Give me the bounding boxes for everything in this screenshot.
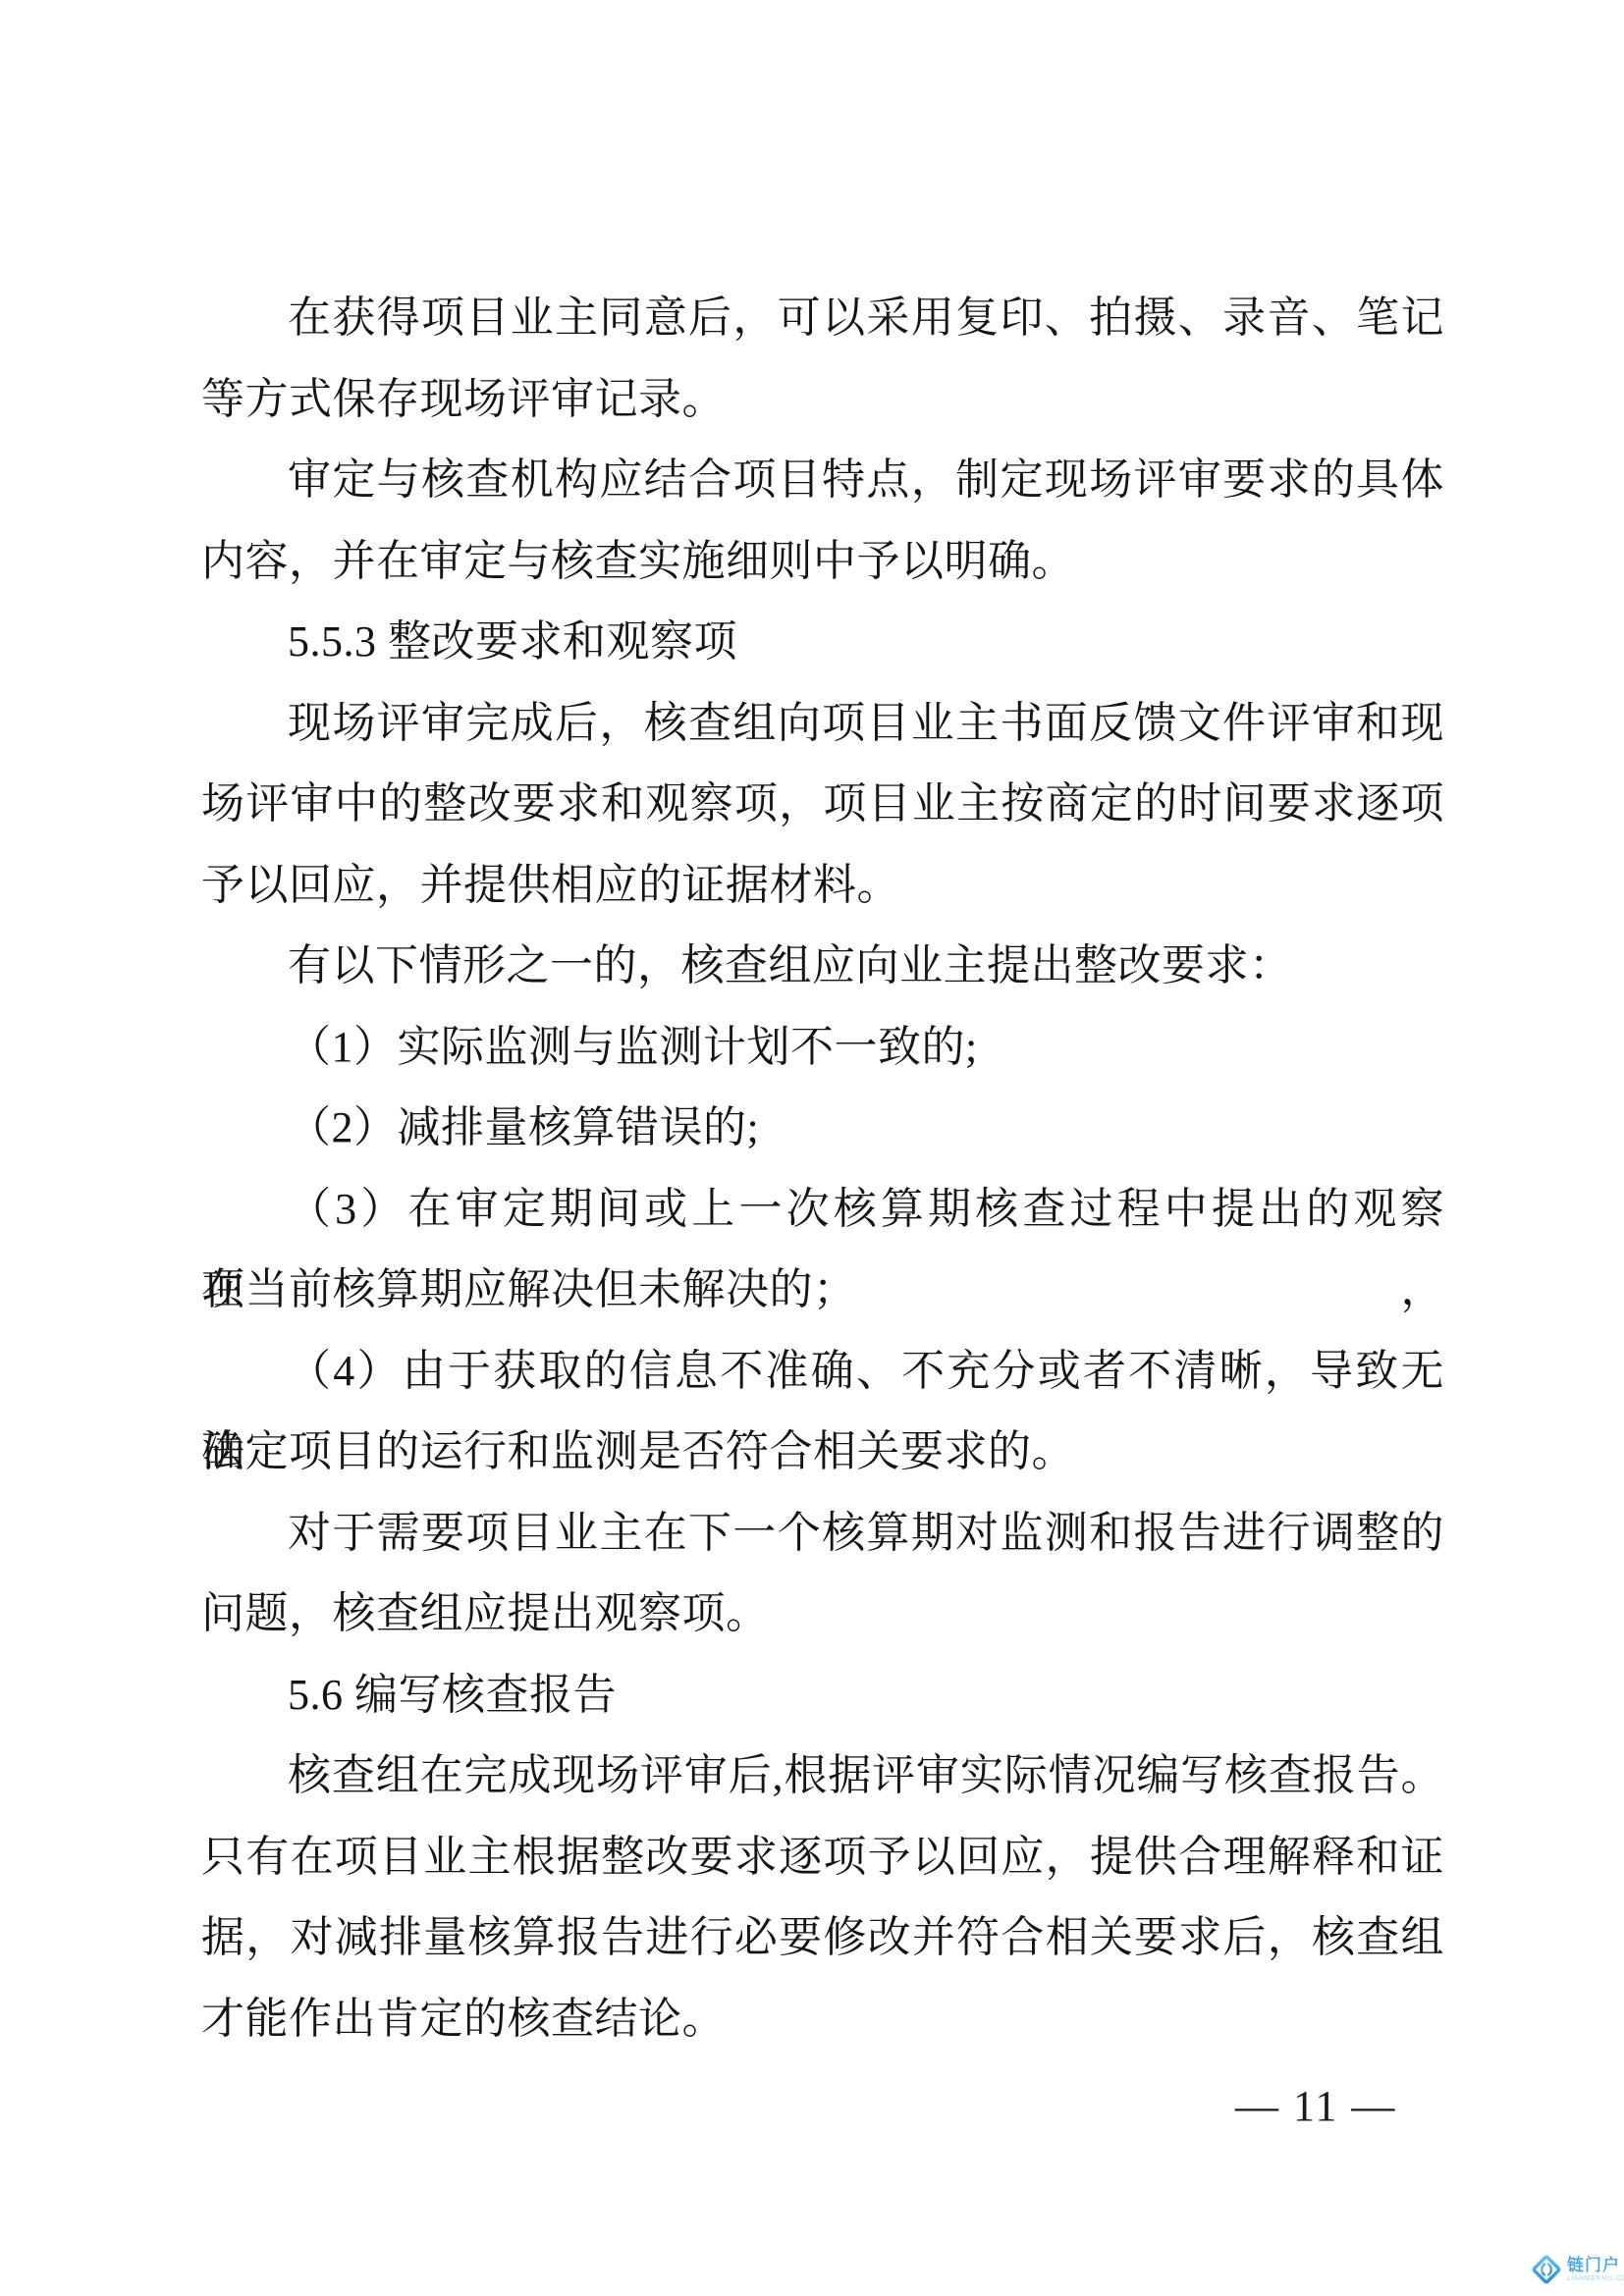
text-line: 现场评审完成后，核查组向项目业主书面反馈文件评审和现 [201, 683, 1444, 765]
text-line: 内容，并在审定与核查实施细则中予以明确。 [201, 521, 1444, 603]
watermark-brand-name: 链门户 [1567, 2257, 1624, 2273]
document-body: 在获得项目业主同意后，可以采用复印、拍摄、录音、笔记等方式保存现场评审记录。审定… [201, 278, 1444, 2059]
list-item-1: （1）实际监测与监测计划不一致的; [201, 1007, 1444, 1089]
watermark-domain: LIANMENHU.COM [1567, 2275, 1624, 2282]
list-item-3: （3）在审定期间或上一次核算期核查过程中提出的观察项， [201, 1169, 1444, 1251]
text-line: 有以下情形之一的，核查组应向业主提出整改要求： [201, 926, 1444, 1007]
text-line: 场评审中的整改要求和观察项，项目业主按商定的时间要求逐项 [201, 764, 1444, 845]
text-line: 等方式保存现场评审记录。 [201, 359, 1444, 441]
list-item-2: （2）减排量核算错误的; [201, 1088, 1444, 1169]
section-heading-5-6: 5.6 编写核查报告 [201, 1655, 1444, 1736]
document-page: 在获得项目业主同意后，可以采用复印、拍摄、录音、笔记等方式保存现场评审记录。审定… [0, 0, 1624, 2296]
text-line: 确定项目的运行和监测是否符合相关要求的。 [201, 1412, 1444, 1493]
text-line: 在获得项目业主同意后，可以采用复印、拍摄、录音、笔记 [201, 278, 1444, 359]
diamond-chain-icon [1530, 2252, 1563, 2287]
text-line: 只有在项目业主根据整改要求逐项予以回应，提供合理解释和证 [201, 1817, 1444, 1898]
text-line: 核查组在完成现场评审后,根据评审实际情况编写核查报告。 [201, 1735, 1444, 1817]
list-item-4: （4）由于获取的信息不准确、不充分或者不清晰，导致无法 [201, 1331, 1444, 1413]
text-line: 对于需要项目业主在下一个核算期对监测和报告进行调整的 [201, 1493, 1444, 1575]
text-line: 审定与核查机构应结合项目特点，制定现场评审要求的具体 [201, 440, 1444, 521]
text-line: 才能作出肯定的核查结论。 [201, 1979, 1444, 2060]
watermark-logo: 链门户 LIANMENHU.COM [1530, 2252, 1624, 2287]
watermark-text: 链门户 LIANMENHU.COM [1567, 2257, 1624, 2282]
text-line: 问题，核查组应提出观察项。 [201, 1574, 1444, 1655]
page-number: — 11 — [1235, 2085, 1396, 2128]
text-line: 予以回应，并提供相应的证据材料。 [201, 845, 1444, 927]
text-line: 据，对减排量核算报告进行必要修改并符合相关要求后，核查组 [201, 1897, 1444, 1979]
section-heading-5-5-3: 5.5.3 整改要求和观察项 [201, 602, 1444, 683]
